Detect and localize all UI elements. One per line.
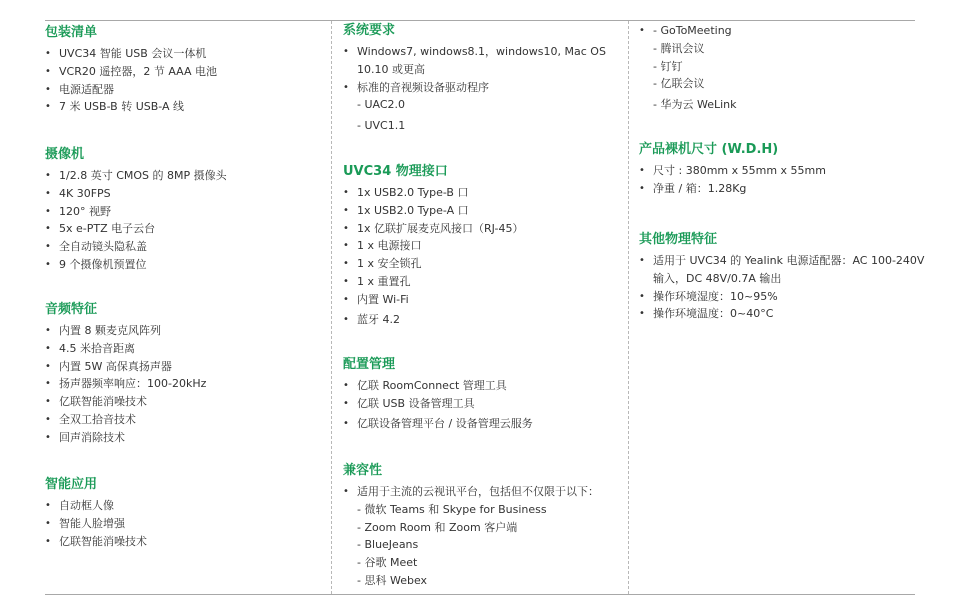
item-list: 尺寸 : 380mm x 55mm x 55mm 净重 / 箱：1.28Kg bbox=[639, 162, 929, 198]
list-item: 亿联 RoomConnect 管理工具 bbox=[343, 377, 623, 395]
section-camera: 摄像机 1/2.8 英寸 CMOS 的 8MP 摄像头 4K 30FPS 120… bbox=[45, 146, 325, 274]
section-audio: 音频特征 内置 8 颗麦克风阵列 4.5 米拾音距离 内置 5W 高保真扬声器 … bbox=[45, 301, 325, 447]
section-compatibility-continued: - GoToMeeting - 腾讯会议 - 钉钉 - 亿联会议 - 华为云 W… bbox=[639, 22, 929, 114]
list-item: 亿联智能消噪技术 bbox=[45, 393, 325, 411]
list-item: 9 个摄像机预置位 bbox=[45, 256, 325, 274]
top-divider bbox=[45, 20, 915, 21]
item-list: 适用于 UVC34 的 Yealink 电源适配器：AC 100-240V 输入… bbox=[639, 252, 929, 323]
list-item: 蓝牙 4.2 bbox=[343, 311, 623, 329]
item-list: 内置 8 颗麦克风阵列 4.5 米拾音距离 内置 5W 高保真扬声器 扬声器频率… bbox=[45, 322, 325, 447]
list-item: 7 米 USB-B 转 USB-A 线 bbox=[45, 98, 325, 116]
list-item: 净重 / 箱：1.28Kg bbox=[639, 180, 929, 198]
list-item: 适用于 UVC34 的 Yealink 电源适配器：AC 100-240V bbox=[639, 252, 929, 270]
list-subitem: - Zoom Room 和 Zoom 客户端 bbox=[343, 519, 623, 537]
list-item: 操作环境湿度：10~95% bbox=[639, 288, 929, 306]
list-item: 回声消除技术 bbox=[45, 429, 325, 447]
list-item: 亿联设备管理平台 / 设备管理云服务 bbox=[343, 415, 623, 433]
list-subitem: - 钉钉 bbox=[639, 58, 929, 76]
section-title: 摄像机 bbox=[45, 146, 325, 164]
list-item: 1 x 电源接口 bbox=[343, 237, 623, 255]
column-divider-2 bbox=[628, 21, 629, 594]
list-item: 亿联智能消噪技术 bbox=[45, 533, 325, 551]
section-title: 配置管理 bbox=[343, 356, 623, 374]
list-item: 尺寸 : 380mm x 55mm x 55mm bbox=[639, 162, 929, 180]
item-list: 1/2.8 英寸 CMOS 的 8MP 摄像头 4K 30FPS 120° 视野… bbox=[45, 167, 325, 274]
list-item: - GoToMeeting bbox=[639, 22, 929, 40]
list-item: 1 x 安全锁孔 bbox=[343, 255, 623, 273]
section-physical-interfaces: UVC34 物理接口 1x USB2.0 Type-B 口 1x USB2.0 … bbox=[343, 163, 623, 328]
item-list: Windows7, windows8.1，windows10, Mac OS 1… bbox=[343, 43, 623, 135]
section-title: 智能应用 bbox=[45, 476, 325, 494]
section-title: 产品裸机尺寸 (W.D.H) bbox=[639, 141, 929, 159]
section-dimensions: 产品裸机尺寸 (W.D.H) 尺寸 : 380mm x 55mm x 55mm … bbox=[639, 141, 929, 198]
section-title: 兼容性 bbox=[343, 462, 623, 480]
item-list: 适用于主流的云视讯平台，包括但不仅限于以下： - 微软 Teams 和 Skyp… bbox=[343, 483, 623, 590]
item-list: 自动框人像 智能人脸增强 亿联智能消噪技术 bbox=[45, 497, 325, 550]
list-item: 1x USB2.0 Type-B 口 bbox=[343, 184, 623, 202]
column-divider-1 bbox=[331, 21, 332, 594]
list-item: 120° 视野 bbox=[45, 203, 325, 221]
list-item: 智能人脸增强 bbox=[45, 515, 325, 533]
section-title: 其他物理特征 bbox=[639, 231, 929, 249]
list-item: 4.5 米拾音距离 bbox=[45, 340, 325, 358]
bottom-divider bbox=[45, 594, 915, 595]
section-title: 系统要求 bbox=[343, 22, 623, 40]
item-list: UVC34 智能 USB 会议一体机 VCR20 遥控器，2 节 AAA 电池 … bbox=[45, 45, 325, 116]
section-system-requirements: 系统要求 Windows7, windows8.1，windows10, Mac… bbox=[343, 22, 623, 135]
list-item: 4K 30FPS bbox=[45, 185, 325, 203]
section-other-physical: 其他物理特征 适用于 UVC34 的 Yealink 电源适配器：AC 100-… bbox=[639, 231, 929, 323]
list-item: 全自动镜头隐私盖 bbox=[45, 238, 325, 256]
item-list: 亿联 RoomConnect 管理工具 亿联 USB 设备管理工具 亿联设备管理… bbox=[343, 377, 623, 432]
list-item: 自动框人像 bbox=[45, 497, 325, 515]
list-subitem: - 思科 Webex bbox=[343, 572, 623, 590]
item-list: 1x USB2.0 Type-B 口 1x USB2.0 Type-A 口 1x… bbox=[343, 184, 623, 328]
list-item: 内置 8 颗麦克风阵列 bbox=[45, 322, 325, 340]
list-item: 1 x 重置孔 bbox=[343, 273, 623, 291]
list-subitem: - 谷歌 Meet bbox=[343, 554, 623, 572]
list-item: 扬声器频率响应：100-20kHz bbox=[45, 375, 325, 393]
list-item: 1x 亿联扩展麦克风接口（RJ-45） bbox=[343, 220, 623, 238]
section-compatibility: 兼容性 适用于主流的云视讯平台，包括但不仅限于以下： - 微软 Teams 和 … bbox=[343, 462, 623, 590]
list-item: 标准的音视频设备驱动程序 bbox=[343, 79, 623, 97]
list-item-continuation: 输入，DC 48V/0.7A 输出 bbox=[639, 270, 929, 288]
list-item: 亿联 USB 设备管理工具 bbox=[343, 395, 623, 413]
list-subitem: - UAC2.0 bbox=[343, 96, 623, 114]
list-subitem: - 微软 Teams 和 Skype for Business bbox=[343, 501, 623, 519]
list-subitem: - BlueJeans bbox=[343, 536, 623, 554]
section-package-contents: 包装清单 UVC34 智能 USB 会议一体机 VCR20 遥控器，2 节 AA… bbox=[45, 24, 325, 116]
list-subitem: - UVC1.1 bbox=[343, 117, 623, 135]
list-item: 电源适配器 bbox=[45, 81, 325, 99]
item-list: - GoToMeeting - 腾讯会议 - 钉钉 - 亿联会议 - 华为云 W… bbox=[639, 22, 929, 114]
list-subitem: - 华为云 WeLink bbox=[639, 96, 929, 114]
section-smart-apps: 智能应用 自动框人像 智能人脸增强 亿联智能消噪技术 bbox=[45, 476, 325, 550]
list-subitem: - 腾讯会议 bbox=[639, 40, 929, 58]
list-item: VCR20 遥控器，2 节 AAA 电池 bbox=[45, 63, 325, 81]
section-title: UVC34 物理接口 bbox=[343, 163, 623, 181]
list-item: 1/2.8 英寸 CMOS 的 8MP 摄像头 bbox=[45, 167, 325, 185]
list-item: 5x e-PTZ 电子云台 bbox=[45, 220, 325, 238]
list-item: 适用于主流的云视讯平台，包括但不仅限于以下： bbox=[343, 483, 623, 501]
list-item: 内置 5W 高保真扬声器 bbox=[45, 358, 325, 376]
list-item: Windows7, windows8.1，windows10, Mac OS bbox=[343, 43, 623, 61]
section-config-management: 配置管理 亿联 RoomConnect 管理工具 亿联 USB 设备管理工具 亿… bbox=[343, 356, 623, 432]
list-item: 操作环境温度：0~40°C bbox=[639, 305, 929, 323]
list-subitem: - 亿联会议 bbox=[639, 75, 929, 93]
list-item: 全双工拾音技术 bbox=[45, 411, 325, 429]
list-item: UVC34 智能 USB 会议一体机 bbox=[45, 45, 325, 63]
section-title: 包装清单 bbox=[45, 24, 325, 42]
section-title: 音频特征 bbox=[45, 301, 325, 319]
list-item-continuation: 10.10 或更高 bbox=[343, 61, 623, 79]
list-item: 内置 Wi-Fi bbox=[343, 291, 623, 309]
list-item: 1x USB2.0 Type-A 口 bbox=[343, 202, 623, 220]
